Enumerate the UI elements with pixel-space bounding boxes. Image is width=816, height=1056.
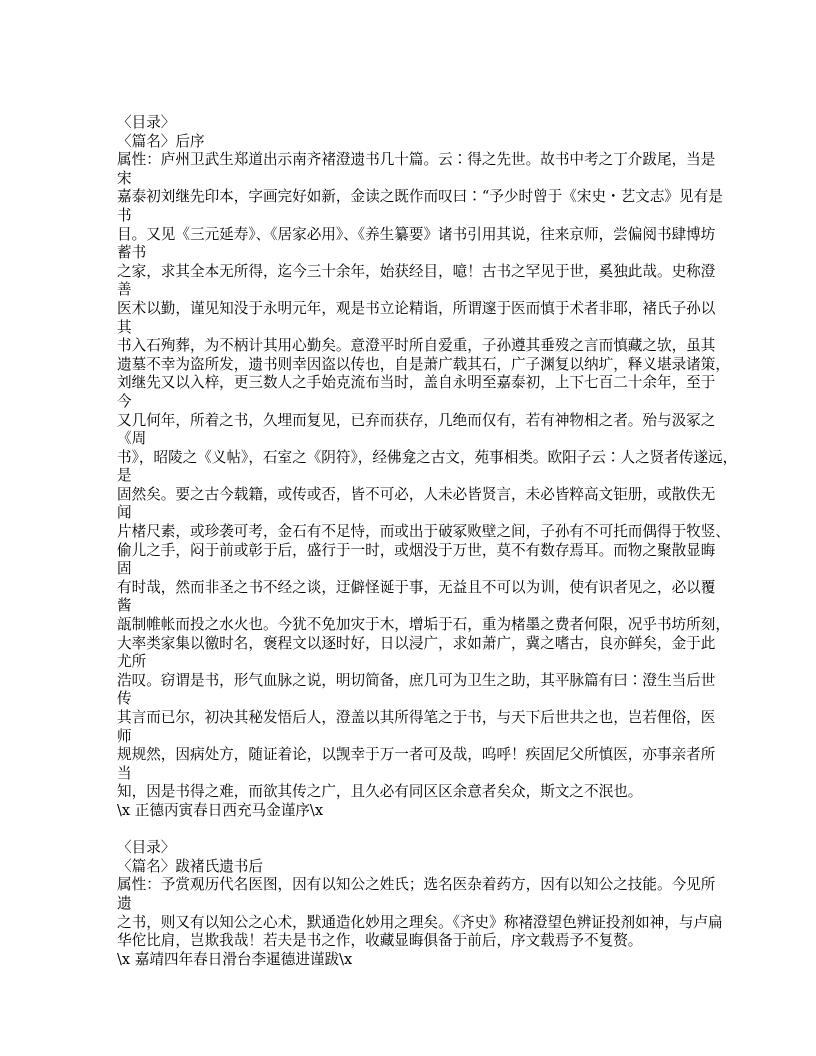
body-line: 嘉泰初刘继先印本，字画完好如新，金读之既作而叹曰∶“予少时曾于《宋史・艺文志》见…: [117, 188, 707, 207]
body-line: 之家，求其全本无所得，迄今三十余年，始获经目，噫！古书之罕见于世，奚独此哉。史称…: [117, 263, 707, 282]
body-line: 书: [117, 207, 707, 226]
signature: \x 正德丙寅春日西充马金谨序\x: [117, 802, 707, 821]
body-line: 师: [117, 728, 707, 747]
body-line: 属性：予赏观历代名医图，因有以知公之姓氏；选名医杂着药方，因有以知公之技能。今见…: [117, 876, 707, 895]
body-line: 固然矣。要之古今载籍，或传或否，皆不可必，人未必皆贤言，未必皆粹高文钜册，或散佚…: [117, 486, 707, 505]
body-line: 之书，则又有以知公之心术，默通造化妙用之理矣。《齐史》称褚澄望色辨证投剂如神，与…: [117, 914, 707, 933]
section-spacer: [117, 821, 707, 840]
section-postscript: 〈目录〉 〈篇名〉跋褚氏遗书后 属性：予赏观历代名医图，因有以知公之姓氏；选名医…: [117, 839, 707, 969]
body-line: 书入石殉葬，为不柄计其用心勤矣。意澄平时所自爱重，子孙遵其垂歿之言而慎藏之欤，虽…: [117, 337, 707, 356]
body-line: 浩叹。窃谓是书，形气血脉之说，明切简备，庶几可为卫生之助，其平脉篇有曰∶澄生当后…: [117, 672, 707, 691]
body-line: 医术以勤，谨见知没于永明元年，观是书立论精诣，所谓邃于医而慎于术者非耶，褚氏子孙…: [117, 300, 707, 319]
toc-label: 〈目录〉: [117, 114, 707, 133]
body-line: 书》，昭陵之《义帖》，石室之《阴符》，经佛龛之古文，苑事相类。欧阳子云∶人之贤者…: [117, 449, 707, 468]
section-preface: 〈目录〉 〈篇名〉后序 属性：庐州卫武生郑道出示南齐褚澄遗书几十篇。云∶得之先世…: [117, 114, 707, 821]
body-line: 刘继先又以入梓，更三数人之手始克流布当时，盖自永明至嘉泰初，上下七百二十余年，至…: [117, 374, 707, 393]
section-title: 〈篇名〉跋褚氏遗书后: [117, 858, 707, 877]
document-page: 〈目录〉 〈篇名〉后序 属性：庐州卫武生郑道出示南齐褚澄遗书几十篇。云∶得之先世…: [117, 114, 707, 969]
body-line: 又几何年，所着之书，久埋而复见，已弃而获存，几绝而仅有，若有神物相之者。殆与汲冢…: [117, 412, 707, 431]
body-line: 遗墓不幸为盗所发，遗书则幸因盗以传也，自是萧广载其石，广子渊复以纳圹，释义堪录诸…: [117, 356, 707, 375]
body-line: 闻: [117, 504, 707, 523]
section-body: 属性：庐州卫武生郑道出示南齐褚澄遗书几十篇。云∶得之先世。故书中考之丁介跋尾，当…: [117, 151, 707, 802]
body-line: 酱: [117, 597, 707, 616]
body-line: 知，因是书得之难，而欲其传之广，且久必有同区区余意者矣众，斯文之不泯也。: [117, 783, 707, 802]
body-line: 传: [117, 690, 707, 709]
body-line: 尤所: [117, 653, 707, 672]
body-line: 瓿制帷帐而投之水火也。今犹不免加灾于木，增垢于石，重为楮墨之费者何限，况乎书坊所…: [117, 616, 707, 635]
body-line: 大率类家集以徼时名，褒程文以逐时好，日以浸广，求如萧广，冀之嗜古，良亦鲜矣，金于…: [117, 635, 707, 654]
body-line: 宋: [117, 170, 707, 189]
body-line: 《周: [117, 430, 707, 449]
body-line: 善: [117, 281, 707, 300]
section-title: 〈篇名〉后序: [117, 133, 707, 152]
body-line: 其言而已尔，初决其秘发悟后人，澄盖以其所得笔之于书，与天下后世共之也，岂若俚俗，…: [117, 709, 707, 728]
body-line: 蓄书: [117, 244, 707, 263]
body-line: 今: [117, 393, 707, 412]
body-line: 有时哉，然而非圣之书不经之谈，迂僻怪诞于事，无益且不可以为训，使有识者见之，必以…: [117, 579, 707, 598]
toc-label: 〈目录〉: [117, 839, 707, 858]
body-line: 其: [117, 319, 707, 338]
body-line: 华佗比肩，岂欺我哉！若夫是书之作，收藏显晦俱备于前后，序文载焉予不复赘。: [117, 932, 707, 951]
signature: \x 嘉靖四年春日滑台李暹德进谨跋\x: [117, 951, 707, 970]
section-body: 属性：予赏观历代名医图，因有以知公之姓氏；选名医杂着药方，因有以知公之技能。今见…: [117, 876, 707, 950]
body-line: 片楮尺素，或珍袭可考，金石有不足恃，而或出于破冢败壁之间，子孙有不可托而偶得于牧…: [117, 523, 707, 542]
body-line: 规规然，因病处方，随证着论，以觊幸于万一者可及哉，呜呼！疾固尼父所慎医，亦事亲者…: [117, 746, 707, 765]
body-line: 遗: [117, 895, 707, 914]
body-line: 固: [117, 560, 707, 579]
body-line: 目。又见《三元延寿》、《居家必用》、《养生纂要》诸书引用其说，往来京师，尝偏阅书…: [117, 226, 707, 245]
body-line: 偷儿之手，闷于前或彰于后，盛行于一时，或烟没于万世，莫不有数存焉耳。而物之聚散显…: [117, 542, 707, 561]
body-line: 是: [117, 467, 707, 486]
body-line: 当: [117, 765, 707, 784]
body-line: 属性：庐州卫武生郑道出示南齐褚澄遗书几十篇。云∶得之先世。故书中考之丁介跋尾，当…: [117, 151, 707, 170]
